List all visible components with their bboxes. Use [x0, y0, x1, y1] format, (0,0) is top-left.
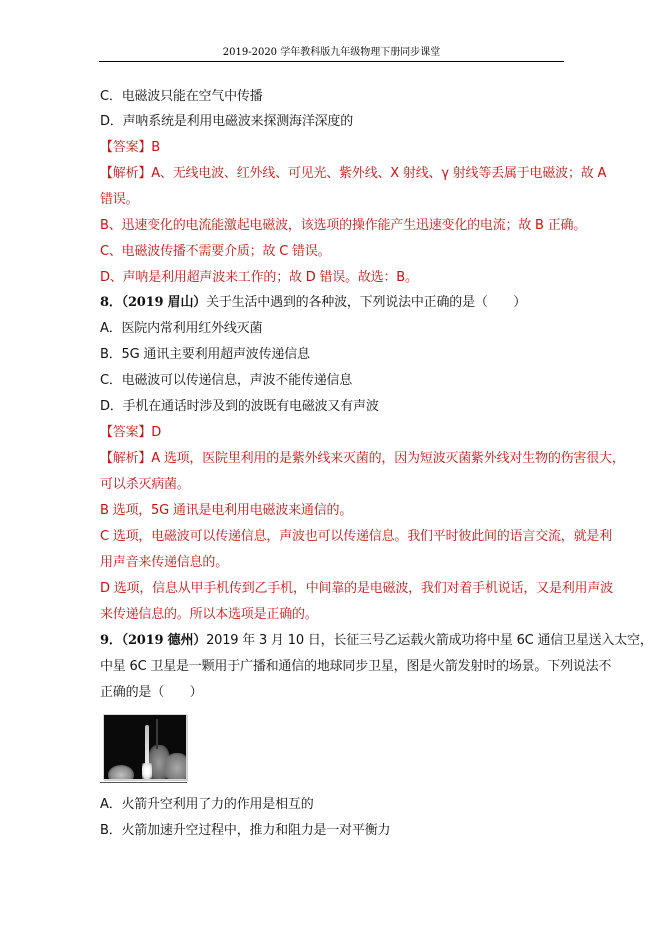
q9-stem-line-2: 中星 6C 卫星是一颗用于广播和通信的地球同步卫星，图是火箭发射时的场景。下列说… — [100, 658, 611, 675]
q8-stem: 8．（2019 眉山）关于生活中遇到的各种波，下列说法中正确的是（ ） — [100, 294, 526, 311]
rocket-exhaust — [142, 763, 152, 779]
option-text: 医院内常利用红外线灭菌 — [122, 321, 263, 336]
answer-value: B — [151, 140, 160, 155]
option-label: C． — [100, 89, 122, 104]
analysis-text: A 选项，医院里利用的是紫外线来灭菌的，因为短波灭菌紫外线对生物的伤害很大， — [151, 451, 624, 466]
q8-analysis-line-7: 来传递信息的。所以本选项是正确的。 — [100, 606, 318, 623]
answer-value: D — [151, 425, 161, 440]
header-divider — [99, 61, 564, 62]
q9-stem-line-1: 9．（2019 德州）2019 年 3 月 10 日，长征三号乙运载火箭成功将中… — [100, 632, 653, 649]
q8-option-d: D．手机在通话时涉及到的波既有电磁波又有声波 — [100, 398, 379, 415]
q7-analysis-line-2: 错误。 — [100, 191, 138, 208]
page-header: 2019-2020 学年教科版九年级物理下册同步课堂 — [99, 46, 564, 62]
photo-baseline — [100, 782, 187, 783]
q9-option-b: B．火箭加速升空过程中，推力和阻力是一对平衡力 — [100, 822, 390, 839]
launch-tower — [156, 719, 158, 749]
question-number: 9． — [100, 633, 122, 648]
answer-tag: 【答案】 — [100, 425, 151, 440]
q8-analysis-line-4: C 选项，电磁波可以传递信息，声波也可以传递信息。我们平时彼此间的语言交流，就是… — [100, 528, 612, 545]
smoke-cloud — [108, 765, 134, 780]
analysis-tag: 【解析】 — [100, 166, 151, 181]
analysis-text: A、无线电波、红外线、可见光、紫外线、X 射线、γ 射线等丢属于电磁波；故 A — [151, 166, 606, 181]
q7-analysis-line-5: D、声呐是利用超声波来工作的；故 D 错误。故选：B。 — [100, 269, 418, 286]
option-label: D． — [100, 399, 123, 414]
option-label: B． — [100, 823, 122, 838]
q7-answer: 【答案】B — [100, 139, 160, 156]
option-label: A． — [100, 797, 122, 812]
q8-analysis-line-5: 用声音来传递信息的。 — [100, 554, 228, 571]
question-stem: 关于生活中遇到的各种波，下列说法中正确的是（ ） — [206, 295, 526, 310]
question-source: （2019 德州） — [122, 633, 206, 648]
q8-option-b: B．5G 通讯主要利用超声波传递信息 — [100, 346, 310, 363]
q8-option-c: C．电磁波可以传递信息，声波不能传递信息 — [100, 372, 352, 389]
option-label: D． — [100, 114, 123, 129]
question-stem: 2019 年 3 月 10 日，长征三号乙运载火箭成功将中星 6C 通信卫星送入… — [206, 633, 653, 648]
option-label: B． — [100, 347, 122, 362]
q7-analysis-line-4: C、电磁波传播不需要介质；故 C 错误。 — [100, 243, 330, 260]
option-text: 5G 通讯主要利用超声波传递信息 — [122, 347, 310, 362]
smoke-cloud — [164, 753, 187, 780]
q8-option-a: A．医院内常利用红外线灭菌 — [100, 320, 262, 337]
option-text: 电磁波只能在空气中传播 — [122, 89, 263, 104]
q7-option-c: C．电磁波只能在空气中传播 — [100, 88, 263, 105]
rocket-launch-photo — [103, 714, 187, 780]
rocket — [145, 725, 149, 767]
q8-analysis-line-3: B 选项，5G 通讯是电利用电磁波来通信的。 — [100, 502, 352, 519]
option-label: C． — [100, 373, 122, 388]
option-label: A． — [100, 321, 122, 336]
answer-tag: 【答案】 — [100, 140, 151, 155]
q7-analysis-line-3: B、迅速变化的电流能激起电磁波，该选项的操作能产生迅速变化的电流；故 B 正确。 — [100, 217, 586, 234]
q8-analysis-line-6: D 选项，信息从甲手机传到乙手机，中间靠的是电磁波，我们对着手机说话，又是利用声… — [100, 580, 613, 597]
analysis-tag: 【解析】 — [100, 451, 151, 466]
option-text: 电磁波可以传递信息，声波不能传递信息 — [122, 373, 352, 388]
option-text: 火箭加速升空过程中，推力和阻力是一对平衡力 — [122, 823, 391, 838]
option-text: 手机在通话时涉及到的波既有电磁波又有声波 — [123, 399, 379, 414]
question-number: 8． — [100, 295, 122, 310]
q8-analysis-line-2: 可以杀灭病菌。 — [100, 476, 190, 493]
q8-analysis-line-1: 【解析】A 选项，医院里利用的是紫外线来灭菌的，因为短波灭菌紫外线对生物的伤害很… — [100, 450, 625, 467]
q9-stem-line-3: 正确的是（ ） — [100, 684, 202, 701]
option-text: 火箭升空利用了力的作用是相互的 — [122, 797, 314, 812]
question-source: （2019 眉山） — [122, 295, 206, 310]
q9-option-a: A．火箭升空利用了力的作用是相互的 — [100, 796, 314, 813]
q8-answer: 【答案】D — [100, 424, 161, 441]
q7-option-d: D．声呐系统是利用电磁波来探测海洋深度的 — [100, 113, 353, 130]
option-text: 声呐系统是利用电磁波来探测海洋深度的 — [123, 114, 353, 129]
q7-analysis-line-1: 【解析】A、无线电波、红外线、可见光、紫外线、X 射线、γ 射线等丢属于电磁波；… — [100, 165, 606, 182]
